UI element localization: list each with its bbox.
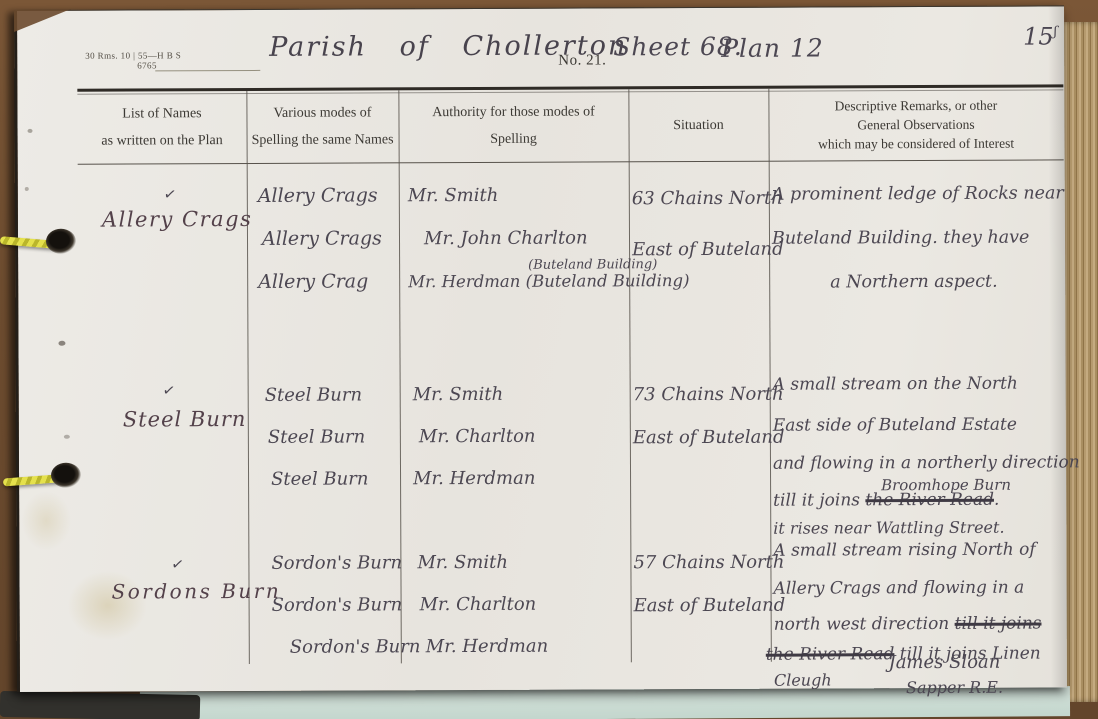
authority-cell: Mr. Smith Mr. Charlton Mr. Herdman (413, 374, 536, 501)
header-situation: Situation (628, 89, 768, 162)
remarks-cell: A small stream on the North East side of… (773, 371, 1080, 540)
tick-mark-icon: ✓ (162, 184, 177, 204)
spelling-entry: Steel Burn (265, 416, 369, 458)
paper-blemish (58, 341, 65, 346)
imprint-line1: 30 Rms. 10 | 55—H B S (85, 50, 181, 60)
paper-blemish (25, 187, 29, 191)
header-names-line1: List of Names (122, 100, 201, 127)
spelling-entry: Steel Burn (265, 374, 369, 416)
imprint-rule (155, 70, 260, 71)
remark-line: north west direction till it joins (774, 612, 1042, 637)
page-corner-fold (14, 10, 69, 32)
header-spelling-line2: Spelling the same Names (252, 126, 394, 154)
spellings-cell: Allery Crags Allery Crags Allery Crag (258, 174, 382, 304)
remark-line: Allery Crags and flowing in a (773, 576, 1041, 601)
printer-imprint: 30 Rms. 10 | 55—H B S 6765 (85, 50, 181, 70)
header-remarks-line2: General Observations (857, 114, 974, 134)
paper-blemish (64, 435, 70, 439)
situation-line: 63 Chains North (632, 173, 784, 225)
spellings-cell: Steel Burn Steel Burn Steel Burn (265, 374, 369, 500)
page-number-value: 15 (1023, 22, 1054, 50)
spelling-entry: Steel Burn (265, 458, 369, 500)
header-spelling-line1: Various modes of (273, 99, 371, 126)
spelling-entry: Allery Crags (258, 217, 382, 261)
tick-mark-icon: ✓ (170, 554, 185, 574)
remarks-cell: A prominent ledge of Rocks near Buteland… (772, 171, 1065, 304)
authority-entry: Mr. Charlton (418, 584, 549, 627)
remark-line: Buteland Building. they have (772, 215, 1064, 260)
spelling-entry: Allery Crag (258, 260, 382, 304)
remark-text: north west direction (774, 614, 955, 635)
situation-line: East of Buteland (633, 416, 785, 460)
signature-name: James Sloan (886, 650, 1003, 676)
page-number-flourish: ʃ (1054, 24, 1058, 39)
ledger-page: 30 Rms. 10 | 55—H B S 6765 Parish of Cho… (14, 5, 1067, 692)
page-number: 15ʃ (1023, 22, 1057, 50)
authority-entry: Mr. Herdman (418, 626, 549, 669)
paper-blemish (28, 129, 33, 133)
authority-entry: Mr. Charlton (413, 416, 536, 459)
authority-entry: Mr. Smith (413, 374, 536, 417)
page-title-plan: Plan 12 (721, 33, 824, 62)
spellings-cell: Sordon's Burn Sordon's Burn Sordon's Bur… (271, 542, 420, 669)
remark-text: till it joins (773, 490, 865, 510)
bottom-left-shadow (0, 691, 200, 719)
header-authority: Authority for those modes of Spelling (398, 89, 628, 162)
remark-inserted-text: Broomhope Burn (881, 473, 1011, 499)
spelling-entry: Sordon's Burn (272, 626, 421, 669)
header-remarks-line1: Descriptive Remarks, or other (835, 95, 998, 115)
situation-cell: 73 Chains North East of Buteland (633, 373, 785, 460)
spelling-entry: Sordon's Burn (271, 542, 420, 585)
header-remarks: Descriptive Remarks, or other General Ob… (768, 87, 1063, 160)
surveyor-signature: James Sloan Sapper R.E. (886, 650, 1003, 701)
spelling-entry: Sordon's Burn (272, 584, 421, 627)
situation-line: East of Buteland (634, 584, 786, 628)
header-spelling: Various modes of Spelling the same Names (246, 90, 398, 163)
header-situation-label: Situation (673, 111, 724, 138)
plan-name: Allery Crags (102, 207, 253, 232)
header-names-line2: as written on the Plan (101, 127, 222, 155)
paper-stain (21, 491, 71, 551)
situation-cell: 63 Chains North East of Buteland (632, 173, 784, 276)
plan-name: Steel Burn (123, 407, 247, 432)
remark-line: A small stream rising North of (773, 538, 1041, 563)
name-book-table: List of Names as written on the Plan Var… (77, 84, 1066, 664)
situation-line: East of Buteland (632, 224, 784, 276)
situation-line: 57 Chains North (633, 541, 785, 585)
remark-line: a Northern aspect. (772, 259, 1064, 304)
authority-entry: Mr. Smith (417, 542, 548, 585)
remark-line: till it joins the River Read. Broomhope … (773, 487, 1080, 513)
binding-hole-top (46, 229, 76, 254)
spelling-entry: Allery Crags (258, 174, 382, 218)
remark-line: East side of Buteland Estate (773, 412, 1080, 438)
plan-name: Sordons Burn (111, 579, 281, 604)
remark-struck-text: till it joins (955, 614, 1042, 634)
remark-line: A prominent ledge of Rocks near (772, 171, 1064, 216)
situation-line: 73 Chains North (633, 373, 785, 417)
page-title-number: No. 21. (558, 52, 606, 69)
header-remarks-line3: which may be considered of Interest (818, 133, 1014, 153)
header-authority-line1: Authority for those modes of (432, 98, 595, 126)
remark-line: A small stream on the North (773, 371, 1080, 397)
tick-mark-icon: ✓ (161, 380, 176, 400)
header-names: List of Names as written on the Plan (77, 91, 246, 164)
imprint-line2: 6765 (85, 60, 181, 70)
authority-entry: Mr. Herdman (413, 458, 536, 501)
situation-cell: 57 Chains North East of Buteland (633, 541, 785, 628)
header-authority-line2: Spelling (490, 126, 537, 153)
signature-rank: Sapper R.E. (886, 675, 1003, 701)
authority-cell: Mr. Smith Mr. Charlton Mr. Herdman (417, 542, 548, 669)
remark-struck-text: the River Read (766, 644, 895, 665)
binding-hole-bottom (51, 463, 81, 488)
